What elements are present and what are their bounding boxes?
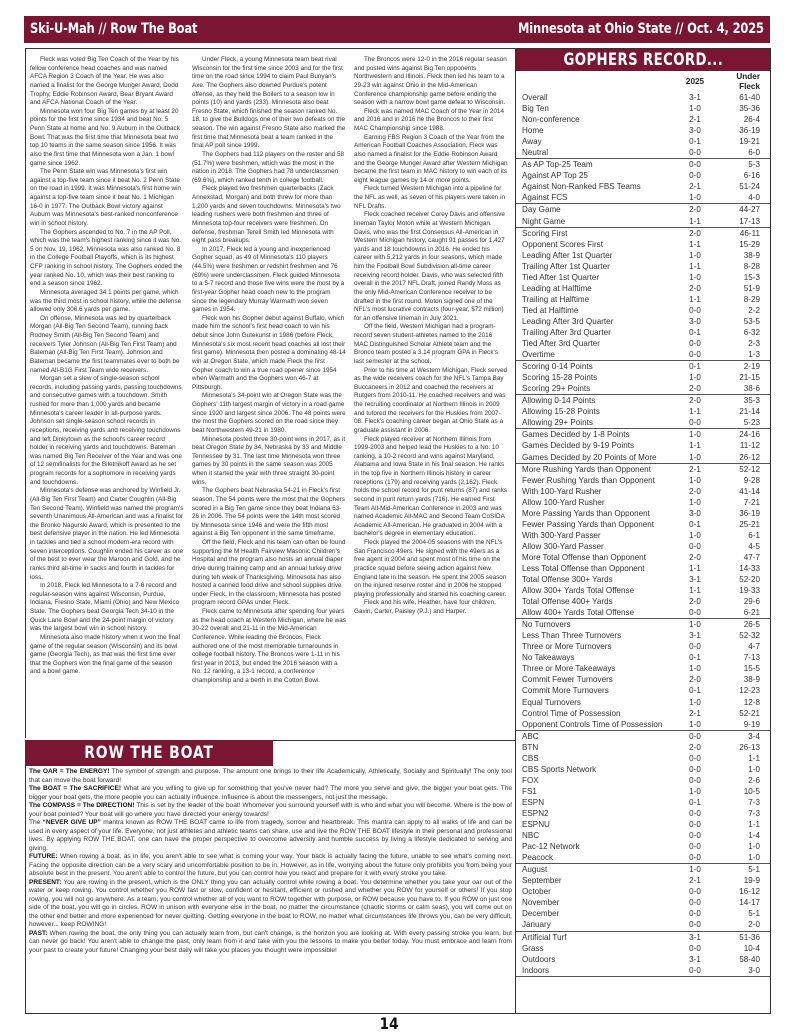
article-paragraph: Minnesota's defense was anchored by Winf…	[30, 487, 184, 582]
record-under-fleck: 2-3	[724, 338, 770, 349]
record-row: NBC0-01-4	[516, 830, 770, 841]
record-label: Opponent Scores First	[516, 239, 666, 250]
article-paragraph: Minnesota posted three 30-point wins in …	[192, 436, 346, 488]
record-row: Indoors0-03-0	[516, 965, 770, 977]
record-row: Neutral0-06-0	[516, 147, 770, 159]
record-label: Trailing After 3rd Quarter	[516, 327, 666, 338]
record-row: Peacock0-01-0	[516, 852, 770, 864]
record-row: Leading After 3rd Quarter3-053-5	[516, 316, 770, 327]
record-2025: 3-1	[666, 574, 724, 585]
record-2025: 0-0	[666, 764, 724, 775]
record-row: January0-02-0	[516, 919, 770, 931]
record-2025: 1-0	[666, 786, 724, 797]
record-label: ABC	[516, 730, 666, 742]
record-row: Trailing After 1st Quarter1-18-28	[516, 261, 770, 272]
record-label: Allowing 0-14 Points	[516, 395, 666, 407]
record-2025: 0-0	[666, 886, 724, 897]
record-2025: 0-0	[666, 641, 724, 652]
record-under-fleck: 25-21	[724, 519, 770, 530]
record-label: Scoring First	[516, 227, 666, 239]
record-2025: 1-0	[666, 192, 724, 204]
record-label: January	[516, 919, 666, 931]
record-2025: 1-1	[666, 294, 724, 305]
paragraph-text: When rowing the boat, the only thing you…	[29, 930, 512, 954]
record-2025: 0-1	[666, 652, 724, 663]
record-label: Peacock	[516, 852, 666, 864]
record-label: More Total Offense than Opponent	[516, 552, 666, 563]
record-2025: 2-0	[666, 552, 724, 563]
record-row: December0-05-1	[516, 908, 770, 919]
record-row: No Turnovers1-026-5	[516, 619, 770, 631]
record-row: Opponent Scores First1-115-29	[516, 239, 770, 250]
record-row: Games Decided by 1-8 Points1-024-16	[516, 429, 770, 441]
record-under-fleck: 26-4	[724, 114, 770, 125]
record-under-fleck: 2-0	[724, 919, 770, 931]
record-row: Against FCS1-04-0	[516, 192, 770, 204]
record-label: Tied After 1st Quarter	[516, 272, 666, 283]
record-row: Three or More Turnovers0-04-7	[516, 641, 770, 652]
record-2025: 1-0	[666, 250, 724, 261]
record-under-fleck: 14-17	[724, 897, 770, 908]
record-label: Games Decided by 9-19 Points	[516, 440, 666, 451]
record-2025: 0-1	[666, 361, 724, 373]
record-under-fleck: 9-28	[724, 475, 770, 486]
record-row: CBS Sports Network0-01-0	[516, 764, 770, 775]
record-2025: 3-1	[666, 92, 724, 103]
record-2025: 2-0	[666, 227, 724, 239]
record-row: Allowing 15-28 Points1-121-14	[516, 406, 770, 417]
record-label: ESPN	[516, 797, 666, 808]
record-row: Fewer Rushing Yards than Opponent1-09-28	[516, 475, 770, 486]
record-row: Against Non-Ranked FBS Teams2-151-24	[516, 181, 770, 192]
record-2025: 2-0	[666, 486, 724, 497]
paragraph-heading: PRESENT:	[29, 879, 61, 886]
record-under-fleck: 5-3	[724, 159, 770, 171]
record-under-fleck: 2-19	[724, 361, 770, 373]
game-title: Minnesota at Ohio State // Oct. 4, 2025	[518, 16, 764, 43]
record-row: Leading After 1st Quarter1-038-9	[516, 250, 770, 261]
record-label: Allow 400+ Yards Total Offense	[516, 607, 666, 619]
record-row: Commit Fewer Turnovers2-038-9	[516, 674, 770, 685]
paragraph-heading: The BOAT = The SACRIFICE!	[29, 785, 121, 792]
record-row: CBS0-01-1	[516, 753, 770, 764]
record-label: Less Than Three Turnovers	[516, 630, 666, 641]
record-label: CBS	[516, 753, 666, 764]
record-under-fleck: 1-1	[724, 819, 770, 830]
record-label: Games Decided by 20 Points of More	[516, 452, 666, 464]
paragraph-text: You are rowing in the present, which is …	[29, 879, 512, 929]
record-row: Less Than Three Turnovers3-152-32	[516, 630, 770, 641]
record-label: ESPNU	[516, 819, 666, 830]
record-2025: 0-0	[666, 775, 724, 786]
record-label: Allow 100-Yard Rusher	[516, 497, 666, 508]
article-column-2: Under Fleck, a young Minnesota team beat…	[192, 56, 346, 736]
record-2025: 1-0	[666, 719, 724, 731]
article-paragraph: The Gophers beat Nebraska 54-21 in Fleck…	[192, 487, 346, 539]
record-label: Three or More Turnovers	[516, 641, 666, 652]
record-under-fleck: 52-21	[724, 708, 770, 719]
record-2025: 0-0	[666, 607, 724, 619]
record-2025: 0-0	[666, 908, 724, 919]
record-2025: 2-1	[666, 708, 724, 719]
record-label: Leading at Halftime	[516, 283, 666, 294]
record-under-fleck: 16-12	[724, 886, 770, 897]
record-under-fleck: 7-3	[724, 808, 770, 819]
article-paragraph: Fleck won his Gopher debut against Buffa…	[192, 315, 346, 393]
record-2025: 1-1	[666, 239, 724, 250]
record-label: Scoring 29+ Points	[516, 383, 666, 395]
record-under-fleck: 26-12	[724, 452, 770, 464]
article-paragraph: On offense, Minnesota was led by quarter…	[30, 315, 184, 375]
record-under-fleck: 7-13	[724, 652, 770, 663]
record-2025: 3-0	[666, 508, 724, 519]
record-2025: 3-1	[666, 630, 724, 641]
record-2025: 1-0	[666, 272, 724, 283]
record-label: Grass	[516, 943, 666, 954]
divider	[25, 766, 26, 1013]
record-under-fleck: 3-0	[724, 965, 770, 977]
record-under-fleck: 15-5	[724, 663, 770, 674]
record-2025: 0-0	[666, 819, 724, 830]
record-under-fleck: 51-36	[724, 931, 770, 943]
record-row: Trailing at Halftime1-18-29	[516, 294, 770, 305]
record-label: Night Game	[516, 216, 666, 228]
record-2025: 3-1	[666, 954, 724, 965]
record-2025: 0-1	[666, 327, 724, 338]
paragraph-heading: “NEVER GIVE UP”	[43, 819, 101, 826]
record-row: FS11-010-5	[516, 786, 770, 797]
record-label: Indoors	[516, 965, 666, 977]
record-under-fleck: 38-9	[724, 674, 770, 685]
record-under-fleck: 1-0	[724, 852, 770, 864]
record-under-fleck: 51-24	[724, 181, 770, 192]
row-the-boat-paragraph: The “NEVER GIVE UP” mantra known as ROW …	[29, 819, 512, 853]
record-label: Artificial Turf	[516, 931, 666, 943]
record-label: Games Decided by 1-8 Points	[516, 429, 666, 441]
record-label: Opponent Controls Time of Possession	[516, 719, 666, 731]
record-under-fleck: 6-1	[724, 530, 770, 541]
record-2025: 0-0	[666, 417, 724, 429]
record-row: Trailing After 3rd Quarter0-16-32	[516, 327, 770, 338]
record-label: Tied at Halftime	[516, 305, 666, 316]
record-label: Away	[516, 136, 666, 147]
paragraph-heading: The OAR = The ENERGY!	[29, 768, 110, 775]
record-row: Home3-036-19	[516, 125, 770, 136]
record-label: CBS Sports Network	[516, 764, 666, 775]
record-row: Allow 300+ Yards Total Offense1-119-33	[516, 585, 770, 596]
record-2025: 2-1	[666, 114, 724, 125]
record-under-fleck: 46-11	[724, 227, 770, 239]
record-row: ESPN20-07-3	[516, 808, 770, 819]
gophers-record-panel: GOPHERS RECORD... 2025 Under Fleck Overa…	[515, 48, 771, 1014]
row-the-boat-banner: ROW THE BOAT	[25, 740, 273, 766]
article-paragraph: Off the field, Western Michigan had a pr…	[354, 323, 508, 366]
record-label: Tied After 3rd Quarter	[516, 338, 666, 349]
record-row: Night Game1-117-13	[516, 216, 770, 228]
record-row: Overall3-161-40	[516, 92, 770, 103]
record-row: October0-016-12	[516, 886, 770, 897]
article-column-3: The Broncos were 12-0 in the 2016 regula…	[354, 56, 508, 736]
record-under-fleck: 38-9	[724, 250, 770, 261]
article-paragraph: Minnesota's 34-point win at Oregon State…	[192, 392, 346, 435]
record-2025: 1-1	[666, 440, 724, 451]
record-label: Allow 300-Yard Passer	[516, 541, 666, 552]
record-panel-title: GOPHERS RECORD...	[516, 49, 770, 71]
record-label: No Takeaways	[516, 652, 666, 663]
record-label: November	[516, 897, 666, 908]
record-label: FS1	[516, 786, 666, 797]
record-2025: 0-0	[666, 305, 724, 316]
record-under-fleck: 19-9	[724, 875, 770, 886]
record-2025: 2-0	[666, 395, 724, 407]
article-paragraph: The Gophers had 112 players on the roste…	[192, 151, 346, 186]
record-label: Scoring 15-28 Points	[516, 372, 666, 383]
record-2025: 1-0	[666, 697, 724, 708]
record-under-fleck: 35-3	[724, 395, 770, 407]
record-2025: 2-0	[666, 674, 724, 685]
record-2025: 3-0	[666, 316, 724, 327]
record-row: Non-conference2-126-4	[516, 114, 770, 125]
article-paragraph: Morgan set a slew of single-season schoo…	[30, 375, 184, 487]
record-label: As AP Top-25 Team	[516, 159, 666, 171]
record-under-fleck: 36-19	[724, 125, 770, 136]
record-label: October	[516, 886, 666, 897]
record-2025: 2-1	[666, 181, 724, 192]
record-row: More Total Offense than Opponent2-047-7	[516, 552, 770, 563]
record-table-body: Overall3-161-40Big Ten1-035-36Non-confer…	[516, 92, 770, 976]
record-label: Overtime	[516, 349, 666, 361]
record-2025: 2-0	[666, 283, 724, 294]
record-row: Allowing 29+ Points0-05-23	[516, 417, 770, 429]
record-under-fleck: 38-6	[724, 383, 770, 395]
record-label: No Turnovers	[516, 619, 666, 631]
record-label: August	[516, 864, 666, 876]
record-table-header: 2025 Under Fleck	[516, 72, 770, 92]
record-row: Three or More Takeaways1-015-5	[516, 663, 770, 674]
record-label: Pac-12 Network	[516, 841, 666, 852]
record-under-fleck: 61-40	[724, 92, 770, 103]
record-2025: 1-0	[666, 530, 724, 541]
record-2025: 0-0	[666, 943, 724, 954]
record-row: August1-05-1	[516, 864, 770, 876]
record-label: Trailing After 1st Quarter	[516, 261, 666, 272]
row-the-boat-paragraph: The OAR = The ENERGY! The symbol of stre…	[29, 768, 512, 785]
record-2025: 1-0	[666, 619, 724, 631]
record-under-fleck: 1-0	[724, 764, 770, 775]
record-label: Commit More Turnovers	[516, 685, 666, 696]
article-paragraph: The Gophers ascended to No. 7 in the AP …	[30, 229, 184, 289]
record-2025: 1-0	[666, 475, 724, 486]
record-under-fleck: 41-14	[724, 486, 770, 497]
record-2025: 2-1	[666, 463, 724, 475]
record-2025: 3-1	[666, 931, 724, 943]
record-label: With 100-Yard Rusher	[516, 486, 666, 497]
row-the-boat-paragraph: FUTURE: When rowing a boat, as in life, …	[29, 853, 512, 879]
record-row: Tied After 1st Quarter1-015-3	[516, 272, 770, 283]
article-paragraph: Fleck coached receiver Corey Davis and o…	[354, 211, 508, 323]
record-label: Fewer Passing Yards than Opponent	[516, 519, 666, 530]
row-the-boat-paragraph: The COMPASS = The DIRECTION! This is set…	[29, 802, 512, 819]
record-row: Less Total Offense than Opponent1-114-33	[516, 563, 770, 574]
article-paragraph: Fleck played the 2004-05 seasons with th…	[354, 539, 508, 599]
record-2025: 2-0	[666, 742, 724, 753]
record-row: More Rushing Yards than Opponent2-152-12	[516, 463, 770, 475]
record-under-fleck: 52-12	[724, 463, 770, 475]
record-2025: 1-1	[666, 563, 724, 574]
record-2025: 0-0	[666, 852, 724, 864]
article-paragraph: Minnesota also made history when it won …	[30, 634, 184, 677]
record-under-fleck: 5-1	[724, 908, 770, 919]
record-under-fleck: 11-12	[724, 440, 770, 451]
record-under-fleck: 19-21	[724, 136, 770, 147]
paragraph-heading: FUTURE:	[29, 853, 58, 860]
record-label: Against AP Top 25	[516, 170, 666, 181]
record-row: ESPNU0-01-1	[516, 819, 770, 830]
record-under-fleck: 12-8	[724, 697, 770, 708]
record-label: Outdoors	[516, 954, 666, 965]
record-2025: 0-0	[666, 830, 724, 841]
record-2025: 0-0	[666, 965, 724, 977]
record-label: Against FCS	[516, 192, 666, 204]
record-2025: 1-0	[666, 663, 724, 674]
record-under-fleck: 6-16	[724, 170, 770, 181]
record-2025: 0-0	[666, 338, 724, 349]
record-2025: 3-0	[666, 125, 724, 136]
record-under-fleck: 12-23	[724, 685, 770, 696]
record-row: Outdoors3-158-40	[516, 954, 770, 965]
paragraph-heading: The COMPASS = The DIRECTION!	[29, 802, 134, 809]
record-label: Overall	[516, 92, 666, 103]
record-row: Allowing 0-14 Points2-035-3	[516, 395, 770, 407]
record-label: Non-conference	[516, 114, 666, 125]
record-row: Big Ten1-035-36	[516, 103, 770, 114]
article-paragraph: Fleck was voted Big Ten Coach of the Yea…	[30, 56, 184, 108]
record-row: Grass0-010-4	[516, 943, 770, 954]
record-2025: 1-0	[666, 372, 724, 383]
record-2025: 0-1	[666, 519, 724, 530]
record-label: December	[516, 908, 666, 919]
record-2025: 0-1	[666, 136, 724, 147]
record-2025: 2-0	[666, 596, 724, 607]
article-paragraph: Under Fleck, a young Minnesota team beat…	[192, 56, 346, 151]
record-2025: 2-0	[666, 383, 724, 395]
record-under-fleck: 29-6	[724, 596, 770, 607]
record-2025: 0-0	[666, 159, 724, 171]
record-under-fleck: 1-3	[724, 349, 770, 361]
record-label: Control Time of Possession	[516, 708, 666, 719]
record-2025: 1-0	[666, 429, 724, 441]
section-title: Ski-U-Mah // Row The Boat	[30, 16, 197, 43]
record-under-fleck: 53-5	[724, 316, 770, 327]
record-under-fleck: 15-3	[724, 272, 770, 283]
record-row: ABC0-03-4	[516, 730, 770, 742]
record-label: Total Offense 400+ Yards	[516, 596, 666, 607]
article-paragraph: In 2018, Fleck led Minnesota to a 7-6 re…	[30, 582, 184, 634]
article-paragraph: Fleck came to Minnesota after spending f…	[192, 608, 346, 686]
record-2025: 1-0	[666, 497, 724, 508]
record-under-fleck: 47-7	[724, 552, 770, 563]
record-under-fleck: 4-7	[724, 641, 770, 652]
record-2025: 0-0	[666, 841, 724, 852]
record-row: Away0-119-21	[516, 136, 770, 147]
row-the-boat-text: The OAR = The ENERGY! The symbol of stre…	[29, 768, 512, 1008]
record-under-fleck: 17-13	[724, 216, 770, 228]
record-label: FOX	[516, 775, 666, 786]
record-row: Total Offense 300+ Yards3-152-20	[516, 574, 770, 585]
record-row: Day Game2-044-27	[516, 204, 770, 216]
record-row: With 100-Yard Rusher2-041-14	[516, 486, 770, 497]
record-under-fleck: 26-13	[724, 742, 770, 753]
record-2025: 2-0	[666, 204, 724, 216]
record-under-fleck: 26-5	[724, 619, 770, 631]
page-number: 14	[369, 1014, 409, 1033]
record-label: More Rushing Yards than Opponent	[516, 463, 666, 475]
record-label: ESPN2	[516, 808, 666, 819]
record-2025: 2-1	[666, 875, 724, 886]
record-row: September2-119-9	[516, 875, 770, 886]
divider	[25, 1013, 515, 1014]
article-column-1: Fleck was voted Big Ten Coach of the Yea…	[30, 56, 184, 736]
record-row: Allow 400+ Yards Total Offense0-06-21	[516, 607, 770, 619]
record-under-fleck: 3-4	[724, 730, 770, 742]
record-row: Control Time of Possession2-152-21	[516, 708, 770, 719]
record-under-fleck: 4-0	[724, 192, 770, 204]
record-label: Home	[516, 125, 666, 136]
record-under-fleck: 6-0	[724, 147, 770, 159]
record-row: Tied After 3rd Quarter0-02-3	[516, 338, 770, 349]
record-under-fleck: 15-29	[724, 239, 770, 250]
article-paragraph: Fleck and his wife, Heather, have four c…	[354, 599, 508, 616]
record-label: Total Offense 300+ Yards	[516, 574, 666, 585]
record-under-fleck: 10-4	[724, 943, 770, 954]
record-under-fleck: 44-27	[724, 204, 770, 216]
record-label: September	[516, 875, 666, 886]
row-the-boat-paragraph: PRESENT: You are rowing in the present, …	[29, 879, 512, 930]
record-row: More Passing Yards than Opponent3-036-19	[516, 508, 770, 519]
record-label: Day Game	[516, 204, 666, 216]
record-label: Against Non-Ranked FBS Teams	[516, 181, 666, 192]
article-paragraph: The Penn State win was Minnesota's first…	[30, 168, 184, 228]
record-row: Scoring 29+ Points2-038-6	[516, 383, 770, 395]
record-2025: 0-1	[666, 685, 724, 696]
record-2025: 1-1	[666, 406, 724, 417]
record-label: Neutral	[516, 147, 666, 159]
record-row: Equal Turnovers1-012-8	[516, 697, 770, 708]
article-paragraph: Fleck played two freshmen quarterbacks (…	[192, 185, 346, 245]
article-paragraph: Minnesota averaged 34.1 points per game,…	[30, 289, 184, 315]
record-under-fleck: 5-23	[724, 417, 770, 429]
record-label: Allowing 15-28 Points	[516, 406, 666, 417]
record-under-fleck: 21-14	[724, 406, 770, 417]
record-label: Allowing 29+ Points	[516, 417, 666, 429]
article-paragraph: Earning FBS Region 3 Coach of the Year f…	[354, 134, 508, 186]
record-under-fleck: 7-21	[724, 497, 770, 508]
record-row: Fewer Passing Yards than Opponent0-125-2…	[516, 519, 770, 530]
paragraph-text: mantra known as ROW THE BOAT came to lif…	[29, 819, 512, 852]
record-2025: 1-0	[666, 103, 724, 114]
paragraph-heading: PAST:	[29, 930, 47, 937]
record-under-fleck: 5-1	[724, 864, 770, 876]
record-label: Commit Fewer Turnovers	[516, 674, 666, 685]
record-2025: 1-1	[666, 261, 724, 272]
record-label: NBC	[516, 830, 666, 841]
row-the-boat-paragraph: The BOAT = The SACRIFICE! What are you w…	[29, 785, 512, 802]
record-row: FOX0-02-6	[516, 775, 770, 786]
record-row: Total Offense 400+ Yards2-029-6	[516, 596, 770, 607]
record-2025: 0-0	[666, 170, 724, 181]
record-row: Against AP Top 250-06-16	[516, 170, 770, 181]
record-label: Trailing at Halftime	[516, 294, 666, 305]
